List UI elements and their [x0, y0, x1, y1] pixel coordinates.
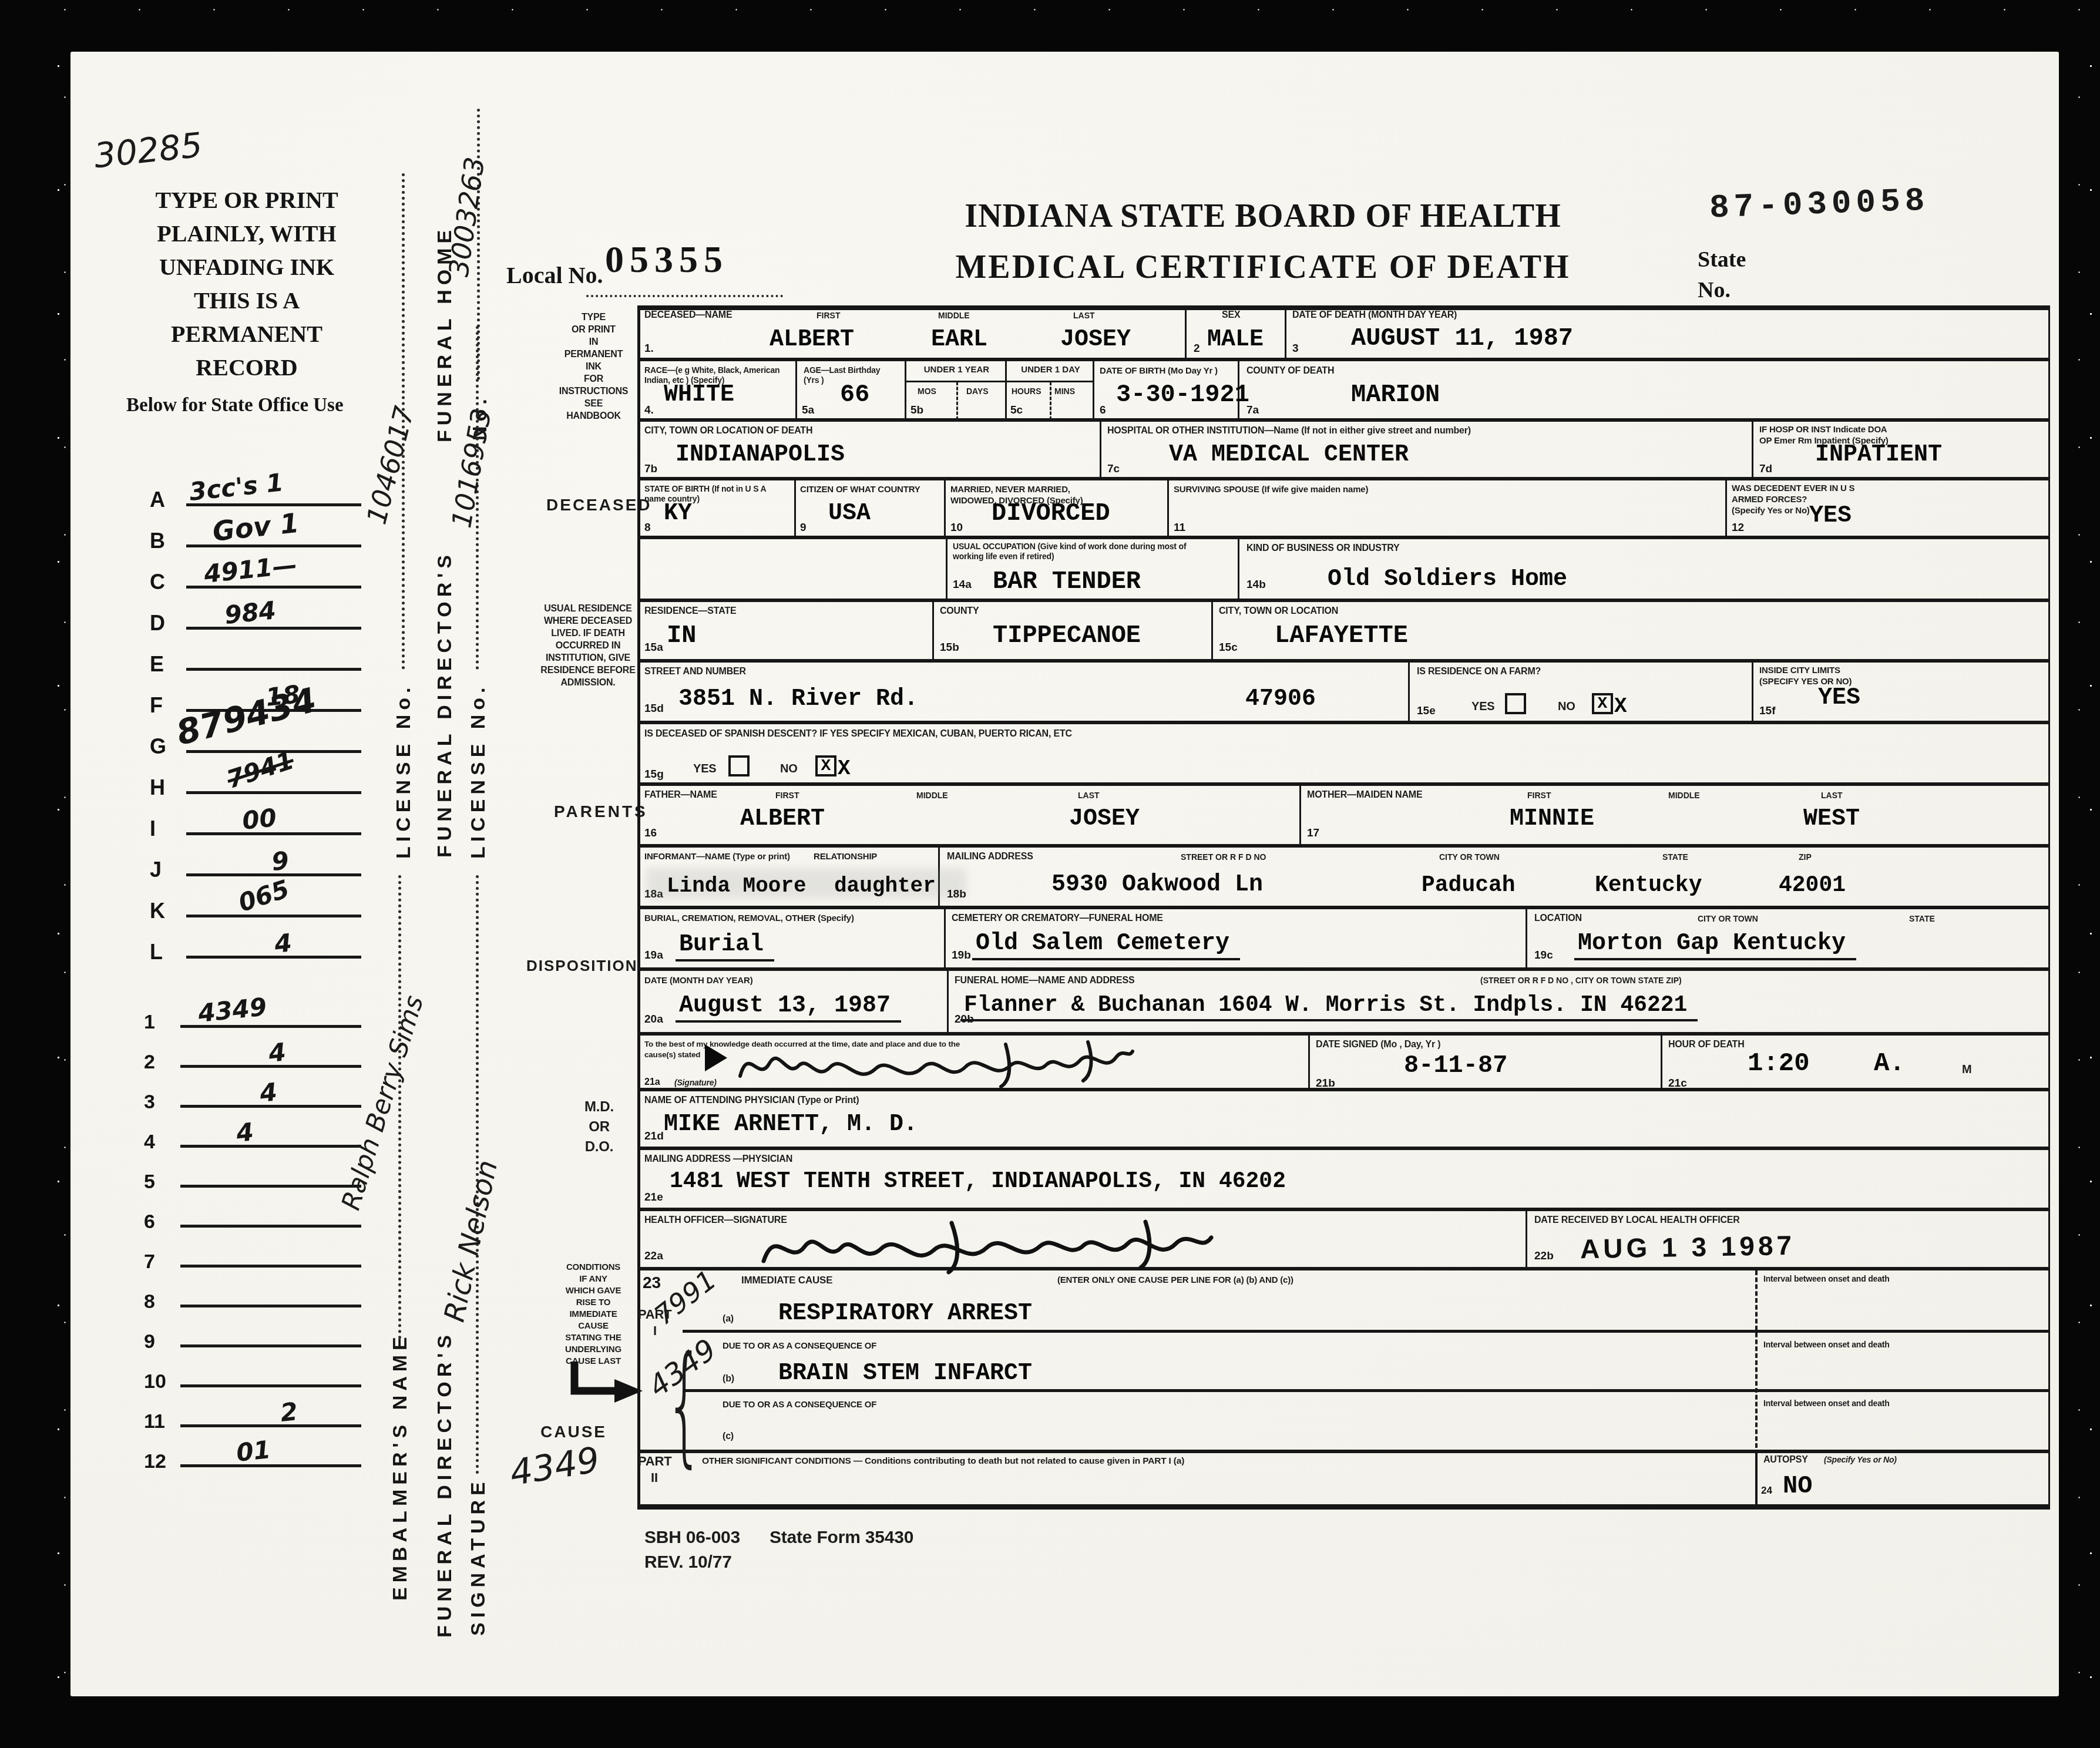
office-row-label: F — [150, 693, 163, 718]
office-row-6: 6 — [144, 1201, 361, 1228]
deceased-name-label: DECEASED—NAME — [644, 310, 732, 321]
street-zip-value: 47906 — [1245, 686, 1316, 712]
office-row-label: G — [150, 734, 166, 759]
under-1-year-label: UNDER 1 YEAR — [906, 365, 1007, 375]
spanish-no-x: X — [821, 757, 831, 775]
part1-num: 23 — [643, 1273, 661, 1292]
margin-parents: PARENTS — [554, 806, 648, 817]
autopsy-note: (Specify Yes or No) — [1824, 1454, 1897, 1465]
office-row-12: 12 01 — [144, 1440, 361, 1467]
margin-deceased: DECEASED — [546, 499, 652, 510]
office-row-J: J 9 — [150, 849, 361, 876]
mailing-state-value: Kentucky — [1595, 873, 1702, 898]
physician-label: NAME OF ATTENDING PHYSICIAN (Type or Pri… — [644, 1095, 859, 1106]
field-num-15f: 15f — [1759, 705, 1775, 718]
county-of-death-label: COUNTY OF DEATH — [1246, 365, 1334, 377]
part2-roman: II — [651, 1472, 658, 1483]
informant-label: INFORMANT—NAME (Type or print) — [644, 851, 790, 862]
date-received-label: DATE RECEIVED BY LOCAL HEALTH OFFICER — [1534, 1215, 1740, 1226]
field-num-21a: 21a — [644, 1077, 660, 1088]
office-row-label: 3 — [144, 1091, 155, 1114]
mailing-street-value: 5930 Oakwood Ln — [1051, 872, 1263, 898]
residence-city-label: CITY, TOWN OR LOCATION — [1219, 606, 1338, 617]
office-row-1: 1 4349 — [144, 1001, 361, 1028]
field-num-14a: 14a — [953, 579, 972, 591]
father-label: FATHER—NAME — [644, 789, 717, 801]
field-num-14b: 14b — [1246, 579, 1266, 591]
immediate-cause-label: IMMEDIATE CAUSE — [741, 1275, 832, 1286]
armed-forces-value: YES — [1809, 503, 1852, 529]
date-of-birth-value: 3-30-1921 — [1116, 381, 1249, 409]
age-value: 66 — [840, 381, 869, 409]
informant-name-value: Linda Moore — [667, 874, 807, 898]
office-row-label: K — [150, 899, 165, 923]
office-row-A: A 3cc's 1 — [150, 479, 361, 506]
mos-label: MOS — [918, 386, 936, 396]
office-row-value: 00 — [241, 803, 278, 835]
hospital-value: VA MEDICAL CENTER — [1169, 442, 1409, 468]
field-num-21e: 21e — [644, 1191, 663, 1204]
funeral-home-value: Flanner & Buchanan 1604 W. Morris St. In… — [960, 993, 1698, 1021]
office-row-E: E — [150, 644, 361, 671]
sex-value: MALE — [1207, 327, 1264, 353]
field-num-22b: 22b — [1534, 1250, 1554, 1263]
office-row-label: E — [150, 652, 164, 677]
office-row-value: 4911— — [203, 550, 298, 589]
residence-county-label: COUNTY — [940, 606, 979, 617]
last-header: LAST — [1073, 311, 1095, 320]
margin-cause: CAUSE — [540, 1426, 607, 1437]
field-num-16: 16 — [644, 827, 657, 840]
under-1-year-divider — [956, 382, 958, 420]
mailing-city-header: CITY OR TOWN — [1439, 852, 1500, 862]
office-row-label: 10 — [144, 1370, 166, 1393]
funeral-home-sub-label: (STREET OR R F D NO , CITY OR TOWN STATE… — [1480, 976, 1682, 985]
autopsy-value: NO — [1783, 1472, 1812, 1500]
burial-label: BURIAL, CREMATION, REMOVAL, OTHER (Speci… — [644, 913, 854, 924]
farm-yes-checkbox — [1505, 693, 1526, 714]
citizen-value: USA — [828, 500, 871, 527]
hour-am-value: A. — [1874, 1049, 1905, 1078]
mother-first-value: MINNIE — [1510, 806, 1594, 832]
office-row-label: H — [150, 775, 165, 800]
deceased-last-name: JOSEY — [1060, 327, 1131, 353]
under-1-day-label: UNDER 1 DAY — [1007, 365, 1094, 375]
hour-of-death-value: 1:20 — [1748, 1049, 1810, 1078]
office-row-3: 3 4 — [144, 1081, 361, 1108]
office-row-value: 4 — [273, 928, 293, 959]
state-of-birth-value: KY — [664, 500, 692, 527]
office-row-5: 5 — [144, 1161, 361, 1188]
location-state-header: STATE — [1909, 914, 1935, 923]
office-row-label: 9 — [144, 1330, 155, 1353]
date-signed-value: 8-11-87 — [1404, 1051, 1507, 1080]
deceased-middle-name: EARL — [931, 327, 987, 353]
part2-label: PART — [638, 1455, 671, 1467]
burial-date-label: DATE (MONTH DAY YEAR) — [644, 975, 752, 986]
signature-arrow-icon — [705, 1044, 727, 1071]
office-row-label: I — [150, 816, 156, 841]
mins-label: MINS — [1054, 386, 1075, 396]
local-no-label: Local No. — [506, 261, 603, 289]
date-signed-label: DATE SIGNED (Mo , Day, Yr ) — [1316, 1039, 1440, 1050]
field-num-2: 2 — [1194, 342, 1200, 355]
field-num-18b: 18b — [947, 888, 966, 901]
spouse-label: SURVIVING SPOUSE (If wife give maiden na… — [1174, 484, 1368, 495]
office-row-value: 4349 — [197, 992, 268, 1028]
middle-header: MIDDLE — [938, 311, 970, 320]
field-num-12: 12 — [1732, 522, 1744, 535]
farm-no-x: X — [1598, 695, 1608, 713]
footer-state-form: State Form 35430 — [770, 1532, 913, 1543]
mailing-city-value: Paducah — [1422, 873, 1516, 898]
field-num-5c: 5c — [1010, 404, 1023, 417]
mother-last-header: LAST — [1821, 791, 1843, 800]
local-no-value: 05355 — [605, 238, 728, 281]
mailing-zip-value: 42001 — [1779, 873, 1846, 898]
industry-value: Old Soldiers Home — [1328, 566, 1567, 593]
office-row-value: 065 — [235, 874, 293, 917]
field-num-17: 17 — [1307, 827, 1319, 840]
farm-no-checkbox: X — [1592, 693, 1613, 714]
field-num-10: 10 — [950, 522, 963, 535]
date-of-birth-label: DATE OF BIRTH (Mo Day Yr ) — [1100, 365, 1218, 377]
mother-last-value: WEST — [1803, 806, 1860, 832]
fd-signature-value: Rick Nelson — [438, 1157, 504, 1325]
father-middle-header: MIDDLE — [916, 791, 948, 800]
location-city-header: CITY OR TOWN — [1698, 914, 1758, 923]
hours-label: HOURS — [1012, 386, 1041, 396]
first-header: FIRST — [817, 311, 840, 320]
office-row-K: K 065 — [150, 890, 361, 917]
field-num-21d: 21d — [644, 1130, 664, 1143]
cause-b-marker: (b) — [723, 1373, 734, 1384]
informant-relationship-value: daughter — [834, 874, 936, 898]
office-row-11: 11 2 — [144, 1400, 361, 1427]
office-row-2: 2 4 — [144, 1041, 361, 1068]
field-num-1: 1. — [644, 342, 654, 355]
certificate-title-line1: INDIANA STATE BOARD OF HEALTH — [840, 197, 1686, 235]
office-row-label: 6 — [144, 1211, 155, 1233]
cell-row5-spacer — [637, 539, 946, 602]
residence-county-value: TIPPECANOE — [993, 621, 1141, 650]
mother-middle-header: MIDDLE — [1668, 791, 1700, 800]
citizen-label: CITIZEN OF WHAT COUNTRY — [800, 484, 920, 495]
office-row-4: 4 4 — [144, 1121, 361, 1148]
field-num-6: 6 — [1100, 404, 1106, 417]
field-num-15b: 15b — [940, 641, 959, 654]
office-row-label: L — [150, 940, 163, 964]
signature-caption: (Signature) — [674, 1077, 717, 1088]
farm-yes-label: YES — [1471, 701, 1494, 712]
location-value: Morton Gap Kentucky — [1574, 930, 1856, 960]
office-row-label: 8 — [144, 1290, 155, 1313]
office-row-value: 984 — [223, 596, 277, 630]
street-value: 3851 N. River Rd. — [678, 686, 918, 712]
father-first-value: ALBERT — [740, 806, 825, 832]
mother-first-header: FIRST — [1527, 791, 1551, 800]
burial-date-value: August 13, 1987 — [676, 993, 901, 1023]
office-row-label: B — [150, 529, 165, 553]
city-of-death-label: CITY, TOWN OR LOCATION OF DEATH — [644, 425, 812, 436]
city-of-death-value: INDIANAPOLIS — [676, 442, 845, 468]
margin-disposition: DISPOSITION — [526, 960, 638, 972]
mother-label: MOTHER—MAIDEN NAME — [1307, 789, 1422, 801]
field-num-19b: 19b — [952, 949, 971, 962]
field-num-3: 3 — [1292, 342, 1299, 355]
farm-label: IS RESIDENCE ON A FARM? — [1417, 666, 1541, 677]
marital-value: DIVORCED — [992, 499, 1110, 527]
margin-conditions: CONDITIONS IF ANY WHICH GAVE RISE TO IMM… — [546, 1262, 640, 1367]
county-of-death-value: MARION — [1351, 381, 1440, 409]
one-cause-note: (ENTER ONLY ONE CAUSE PER LINE FOR (a) (… — [1057, 1275, 1293, 1286]
footer-form-code: SBH 06-003 — [644, 1532, 740, 1543]
burial-value: Burial — [676, 932, 774, 962]
field-num-15d: 15d — [644, 702, 664, 715]
street-label: STREET AND NUMBER — [644, 666, 746, 677]
physician-value: MIKE ARNETT, M. D. — [664, 1111, 918, 1138]
industry-label: KIND OF BUSINESS OR INDUSTRY — [1246, 543, 1400, 554]
field-num-20a: 20a — [644, 1013, 663, 1026]
hospital-label: HOSPITAL OR OTHER INSTITUTION—Name (If n… — [1107, 425, 1471, 436]
date-of-death-value: AUGUST 11, 1987 — [1351, 324, 1573, 352]
funeral-director-license-no-label: LICENSE No. — [467, 675, 490, 859]
office-row-value: Gov 1 — [211, 507, 300, 547]
office-row-7: 7 — [144, 1241, 361, 1268]
embalmer-license-value: 1046017 — [360, 403, 420, 527]
spanish-yes-label: YES — [693, 764, 716, 775]
father-last-header: LAST — [1078, 791, 1100, 800]
state-no-label: No. — [1698, 277, 1731, 303]
funeral-home-field-label: FUNERAL HOME—NAME AND ADDRESS — [955, 975, 1135, 986]
field-num-7b: 7b — [644, 463, 657, 476]
relationship-label: RELATIONSHIP — [814, 851, 877, 862]
corner-handwritten-number: 30285 — [92, 125, 204, 176]
autopsy-label: AUTOPSY — [1763, 1454, 1808, 1465]
office-row-label: D — [150, 611, 165, 636]
date-received-stamp: AUG 1 3 1987 — [1580, 1229, 1796, 1265]
cell-father — [637, 786, 1301, 848]
part1-label: PART — [638, 1309, 671, 1320]
cemetery-value: Old Salem Cemetery — [972, 930, 1240, 960]
interval-label-a: Interval between onset and death — [1763, 1273, 1890, 1285]
office-row-G: G 879434 — [150, 726, 361, 753]
field-num-24: 24 — [1761, 1485, 1772, 1497]
hour-of-death-label: HOUR OF DEATH — [1668, 1039, 1745, 1050]
sex-label: SEX — [1222, 310, 1240, 321]
office-row-label: C — [150, 570, 165, 594]
local-no-leader — [586, 295, 783, 297]
office-row-label: 2 — [144, 1051, 155, 1074]
physician-signature — [735, 1035, 1135, 1091]
mailing-zip-header: ZIP — [1799, 852, 1812, 862]
days-label: DAYS — [966, 386, 989, 396]
office-row-label: 4 — [144, 1131, 155, 1154]
residence-state-value: IN — [667, 621, 696, 650]
cause-a-marker: (a) — [723, 1313, 734, 1325]
office-row-label: J — [150, 858, 162, 882]
spanish-yes-checkbox — [728, 755, 750, 776]
fd-signature-label-2: SIGNATURE — [467, 1480, 490, 1636]
office-row-9: 9 — [144, 1320, 361, 1347]
field-num-22a: 22a — [644, 1250, 663, 1263]
office-row-L: L 4 — [150, 932, 361, 959]
spanish-no-extra-x: X — [838, 757, 851, 781]
field-num-8: 8 — [644, 522, 651, 535]
field-num-5a: 5a — [802, 404, 814, 417]
race-value: WHITE — [664, 382, 734, 408]
office-row-10: 10 — [144, 1360, 361, 1387]
field-num-15g: 15g — [644, 768, 664, 781]
city-limits-label: INSIDE CITY LIMITS (SPECIFY YES OR NO) — [1759, 665, 1852, 687]
field-num-11: 11 — [1174, 522, 1185, 535]
field-num-5b: 5b — [910, 404, 923, 417]
office-row-value: 3cc's 1 — [188, 468, 285, 506]
cause-b-value: BRAIN STEM INFARCT — [778, 1360, 1032, 1387]
spanish-descent-label: IS DECEASED OF SPANISH DESCENT? IF YES S… — [644, 728, 1072, 739]
embalmer-name-label: EMBALMER'S NAME — [389, 1345, 412, 1601]
interval-label-b: Interval between onset and death — [1763, 1339, 1890, 1350]
cemetery-label: CEMETERY OR CREMATORY—FUNERAL HOME — [952, 913, 1163, 924]
fd-signature-label-1: FUNERAL DIRECTOR'S — [434, 1332, 456, 1638]
field-num-15e: 15e — [1417, 705, 1436, 718]
margin-cause-code: 4349 — [507, 1439, 602, 1494]
office-row-value: 2 — [279, 1397, 299, 1427]
office-row-label: 7 — [144, 1251, 155, 1273]
certificate-title-line2: MEDICAL CERTIFICATE OF DEATH — [840, 248, 1686, 286]
office-row-label: 5 — [144, 1171, 155, 1194]
certification-line2: cause(s) stated — [644, 1049, 700, 1060]
field-num-21b: 21b — [1316, 1077, 1335, 1090]
field-num-7d: 7d — [1759, 463, 1772, 476]
deceased-first-name: ALBERT — [770, 327, 854, 353]
funeral-director-license-label: FUNERAL DIRECTOR'S — [434, 553, 456, 858]
office-row-H: H 7941 — [150, 767, 361, 794]
state-label: State — [1698, 247, 1746, 273]
farm-no-label: NO — [1558, 701, 1575, 712]
spanish-no-label: NO — [780, 764, 798, 775]
office-row-value: 01 — [235, 1435, 272, 1467]
residence-city-value: LAFAYETTE — [1275, 621, 1408, 650]
cause-c-marker: (c) — [723, 1431, 734, 1442]
field-num-7c: 7c — [1107, 463, 1120, 476]
farm-no-extra-x: X — [1614, 694, 1627, 718]
field-num-9: 9 — [800, 522, 807, 535]
office-row-I: I 00 — [150, 808, 361, 835]
office-row-label: 1 — [144, 1011, 155, 1034]
physician-address-label: MAILING ADDRESS —PHYSICIAN — [644, 1154, 792, 1165]
location-label: LOCATION — [1534, 913, 1582, 924]
office-row-label: 12 — [144, 1450, 166, 1473]
autopsy-divider — [1755, 1450, 1758, 1507]
office-row-label: 11 — [144, 1410, 165, 1433]
field-num-21c: 21c — [1668, 1077, 1687, 1090]
date-of-death-label: DATE OF DEATH (MONTH DAY YEAR) — [1292, 310, 1457, 321]
panel-instructions: TYPE OR PRINT PLAINLY, WITH UNFADING INK… — [117, 183, 376, 384]
mailing-state-header: STATE — [1662, 852, 1688, 862]
spanish-no-checkbox: X — [815, 755, 836, 776]
office-row-D: D 984 — [150, 603, 361, 630]
field-num-15a: 15a — [644, 641, 663, 654]
office-row-8: 8 — [144, 1280, 361, 1307]
office-row-B: B Gov 1 — [150, 520, 361, 547]
due-to-label-2: DUE TO OR AS A CONSEQUENCE OF — [723, 1399, 876, 1410]
residence-state-label: RESIDENCE—STATE — [644, 606, 736, 617]
under-1-day-divider — [1050, 382, 1051, 420]
physician-address-value: 1481 WEST TENTH STREET, INDIANAPOLIS, IN… — [670, 1169, 1286, 1194]
occupation-label: USUAL OCCUPATION (Give kind of work done… — [953, 542, 1186, 562]
health-officer-signature — [758, 1211, 1216, 1279]
cause-b-line — [683, 1389, 2050, 1392]
office-row-label: A — [150, 488, 165, 512]
embalmer-name-leader — [398, 875, 401, 1339]
margin-md-do: M.D. OR D.O. — [564, 1097, 634, 1157]
due-to-label-1: DUE TO OR AS A CONSEQUENCE OF — [723, 1340, 876, 1352]
office-row-value: 9 — [270, 846, 290, 876]
state-of-birth-label: STATE OF BIRTH (If not in U S A name cou… — [644, 484, 766, 504]
office-row-value: 4 — [235, 1117, 255, 1148]
part1-roman: I — [653, 1325, 657, 1336]
margin-usual-residence: USUAL RESIDENCE WHERE DECEASED LIVED. IF… — [535, 603, 641, 689]
field-num-15c: 15c — [1219, 641, 1238, 654]
father-last-value: JOSEY — [1069, 806, 1140, 832]
mailing-street-header: STREET OR R F D NO — [1181, 852, 1266, 862]
state-number-stamp: 87-030058 — [1709, 181, 1930, 227]
other-conditions-label: OTHER SIGNIFICANT CONDITIONS — Condition… — [702, 1455, 1730, 1467]
conditions-arrow — [557, 1360, 645, 1407]
hour-m-label: M — [1962, 1064, 1971, 1075]
interval-label-c: Interval between onset and death — [1763, 1398, 1890, 1409]
field-num-4: 4. — [644, 404, 654, 417]
cause-a-value: RESPIRATORY ARREST — [778, 1300, 1032, 1327]
embalmer-license-label: LICENSE No. — [392, 675, 415, 859]
panel-heading: Below for State Office Use — [126, 395, 344, 416]
hosp-type-value: INPATIENT — [1815, 442, 1942, 468]
mailing-address-label: MAILING ADDRESS — [947, 851, 1033, 862]
footer-revision: REV. 10/77 — [644, 1557, 732, 1568]
margin-type-print: TYPE OR PRINT IN PERMANENT INK FOR INSTR… — [545, 311, 642, 422]
father-first-header: FIRST — [775, 791, 799, 800]
field-num-19c: 19c — [1534, 949, 1553, 962]
interval-column-divider — [1755, 1270, 1758, 1448]
occupation-value: BAR TENDER — [993, 567, 1141, 596]
office-row-C: C 4911— — [150, 562, 361, 589]
office-row-value: 4 — [267, 1037, 287, 1068]
city-limits-value: YES — [1818, 685, 1860, 711]
office-row-value: 4 — [258, 1077, 278, 1108]
field-num-7a: 7a — [1246, 404, 1259, 417]
field-num-19a: 19a — [644, 949, 663, 962]
cause-a-line — [683, 1330, 2050, 1333]
